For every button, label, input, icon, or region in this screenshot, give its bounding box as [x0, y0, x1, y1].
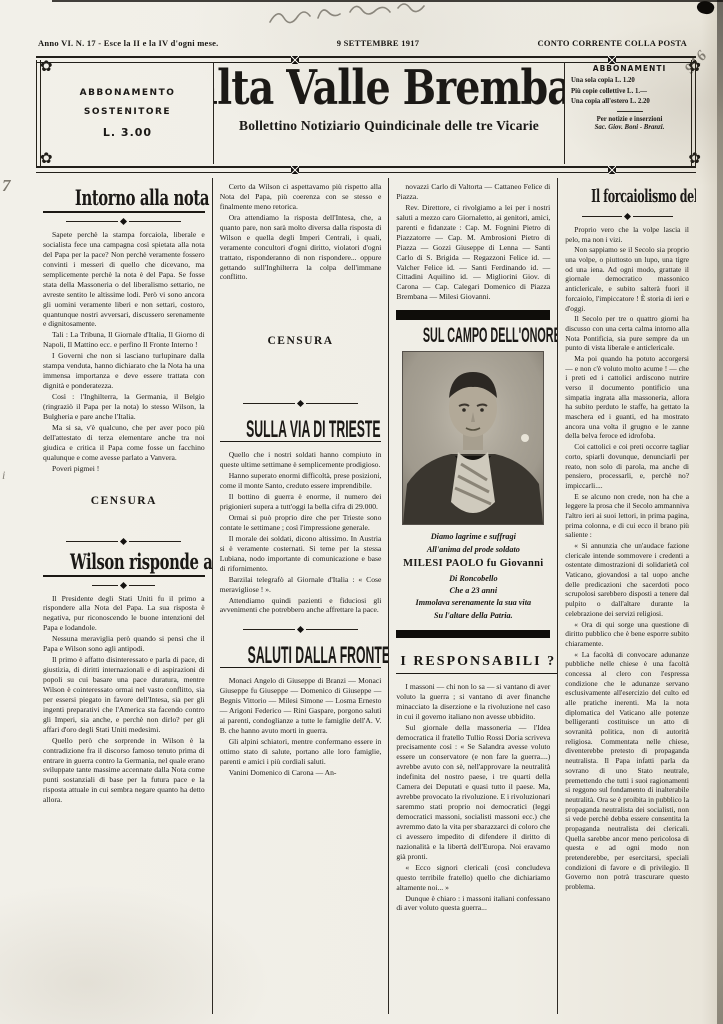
issue-number: Anno VI. N. 17 - Esce la II e la IV d'og… — [38, 38, 219, 48]
caption-line: All'anima del prode soldato — [396, 544, 550, 556]
paragraph: « Ora di qui sorge una questione di diri… — [565, 620, 689, 649]
censorship-notice: CENSURA — [43, 495, 205, 507]
handwritten-scribble-icon — [266, 2, 456, 30]
issue-info-bar: Anno VI. N. 17 - Esce la II e la IV d'og… — [38, 38, 687, 48]
diamond-ornament-icon — [624, 213, 631, 220]
headline-bar — [396, 630, 550, 638]
subscription-line: SOSTENITORE — [84, 107, 171, 117]
paragraph: « Ecco signori clericali (così concludev… — [396, 863, 550, 893]
handwritten-margin-tick: i — [2, 468, 5, 483]
paragraph: I Governi che non si lasciano turlupinar… — [43, 351, 205, 391]
paragraph: Ormai si può proprio dire che per Triest… — [220, 513, 382, 533]
paragraph: Quello che i nostri soldati hanno compiu… — [220, 450, 382, 470]
soldier-name: MILESI PAOLO fu Giovanni — [396, 556, 550, 573]
paragraph: Sapete perchè la stampa forcaiola, liber… — [43, 230, 205, 329]
decorative-rule-bottom — [36, 166, 696, 173]
article-headline: Il forcaiolismo del Secolo — [565, 186, 689, 208]
rate-line: Più copie collettive L. 1.— — [571, 87, 688, 98]
paragraph: Ma si sa, v'è qualcuno, che per aver poc… — [43, 423, 205, 463]
article-headline: SALUTI DALLA FRONTE — [220, 642, 382, 668]
caption-line: Di Roncobello — [396, 573, 550, 585]
paragraph: Il primo è affatto disinteressato e parl… — [43, 655, 205, 735]
headline-text: SUL CAMPO DELL'ONORE — [423, 324, 558, 348]
notice-line: Per notizie e inserzioni — [571, 115, 688, 125]
headline-bar — [396, 310, 550, 320]
paragraph: « La facoltà di convocare adunanze pubbl… — [565, 650, 689, 892]
section-divider — [43, 583, 205, 588]
paragraph: Il morale dei soldati, dicono altissimo.… — [220, 534, 382, 574]
column-2: Certo da Wilson ci aspettavamo più rispe… — [213, 178, 390, 1014]
paragraph: « Si annunzia che un'audace fazione cler… — [565, 541, 689, 619]
section-divider — [220, 627, 382, 632]
diamond-ornament-icon — [120, 537, 127, 544]
rule-cross-icon — [608, 166, 616, 174]
masthead-edge-line — [691, 60, 696, 166]
column-3: novazzi Carlo di Valtorta — Cattaneo Fel… — [389, 178, 558, 1014]
paragraph: Nessuna meraviglia però quando si pensi … — [43, 634, 205, 654]
paragraph: Gli alpini schiatori, mentre confermano … — [220, 737, 382, 767]
diamond-ornament-icon — [120, 218, 127, 225]
article-headline: SUL CAMPO DELL'ONORE — [396, 324, 550, 347]
paragraph: Coi cattolici e coi preti occorre taglia… — [565, 442, 689, 490]
rates-box: ABBONAMENTI Una sola copia L. 1.20 Più c… — [564, 62, 690, 164]
editor-name: Sac. Giov. Boni - Branzi. — [571, 124, 688, 131]
soldier-portrait-photo — [402, 351, 544, 525]
article-headline: SULLA VIA DI TRIESTE — [220, 416, 382, 442]
diamond-ornament-icon — [297, 626, 304, 633]
newspaper-title: L'alta Valle Brembana — [214, 64, 564, 114]
paragraph: Vanini Domenico di Carona — An- — [220, 768, 382, 778]
newspaper-subtitle: Bollettino Notiziario Quindicinale delle… — [239, 118, 539, 134]
masthead: ABBONAMENTO SOSTENITORE L. 3.00 L'alta V… — [42, 62, 690, 164]
headline-text: Intorno alla nota per la pace — [75, 186, 213, 211]
headline-text: SULLA VIA DI TRIESTE — [246, 416, 380, 444]
headline-text: SALUTI DALLA FRONTE — [247, 642, 389, 670]
masthead-edge-line — [36, 60, 41, 166]
newspaper-page: 916 7 i Anno VI. N. 17 - Esce la II e la… — [0, 0, 723, 1024]
article-headline: Intorno alla nota per la pace — [43, 186, 205, 213]
article-columns: Intorno alla nota per la pace Sapete per… — [36, 178, 696, 1014]
paragraph: Hanno superato enormi difficoltà, prese … — [220, 471, 382, 491]
column-1: Intorno alla nota per la pace Sapete per… — [36, 178, 213, 1014]
section-divider — [220, 401, 382, 406]
paragraph: Tali : La Tribuna, Il Giornale d'Italia,… — [43, 330, 205, 350]
section-divider — [43, 219, 205, 224]
divider — [617, 111, 643, 112]
photo-caption: Diamo lagrime e suffragi All'anima del p… — [396, 531, 550, 622]
ink-blob — [695, 0, 715, 16]
paragraph: Così : l'Inghilterra, la Germania, il Be… — [43, 392, 205, 422]
paragraph: Poveri pigmei ! — [43, 464, 205, 474]
headline-text: Wilson risponde al Papa — [70, 550, 213, 575]
section-divider — [43, 539, 205, 544]
paragraph: Certo da Wilson ci aspettavamo più rispe… — [220, 182, 382, 212]
paragraph: E se alcuno non crede, non ha che a legg… — [565, 492, 689, 540]
paragraph: Monaci Angelo di Giuseppe di Branzi — Mo… — [220, 676, 382, 736]
subscription-box: ABBONAMENTO SOSTENITORE L. 3.00 — [42, 62, 214, 164]
rate-line: Una copia all'estero L. 2.20 — [571, 97, 688, 108]
section-divider — [565, 214, 689, 219]
postal-note: CONTO CORRENTE COLLA POSTA — [537, 38, 687, 48]
masthead-center: L'alta Valle Brembana Bollettino Notizia… — [214, 62, 564, 164]
paragraph: Non sappiamo se il Secolo sia proprio un… — [565, 245, 689, 313]
rates-title: ABBONAMENTI — [571, 64, 688, 73]
paragraph: Sul giornale della massoneria — l'Idea d… — [396, 723, 550, 862]
issue-date: 9 SETTEMBRE 1917 — [337, 38, 419, 48]
diamond-ornament-icon — [297, 400, 304, 407]
handwritten-margin-number: 7 — [2, 176, 11, 196]
paragraph: Barzilai telegrafò al Giornale d'Italia … — [220, 575, 382, 595]
rule-cross-icon — [291, 166, 299, 174]
scan-edge-right — [717, 0, 723, 1024]
article-headline: I RESPONSABILI ? — [396, 654, 558, 674]
paragraph: novazzi Carlo di Valtorta — Cattaneo Fel… — [396, 182, 550, 202]
censorship-notice: CENSURA — [220, 335, 382, 347]
paragraph: Proprio vero che la volpe lascia il pelo… — [565, 225, 689, 244]
caption-line: Diamo lagrime e suffragi — [396, 531, 550, 543]
headline-text: Il forcaiolismo del Secolo — [591, 186, 696, 207]
article-headline: Wilson risponde al Papa — [43, 550, 205, 577]
paragraph: Rev. Direttore, ci rivolgiamo a lei per … — [396, 203, 550, 302]
paragraph: Il Secolo per tre o quattro giorni ha di… — [565, 314, 689, 353]
paragraph: Il bottino di guerra è enorme, il numero… — [220, 492, 382, 512]
caption-line: Che a 23 anni — [396, 585, 550, 597]
paragraph: Dunque è chiaro : i massoni italiani con… — [396, 894, 550, 914]
paragraph: Quello però che sorprende in Wilson è la… — [43, 736, 205, 806]
paragraph: Attendiamo quindi pazienti e fiduciosi g… — [220, 596, 382, 616]
caption-line: Su l'altare della Patria. — [396, 610, 550, 622]
column-4: Il forcaiolismo del Secolo Proprio vero … — [558, 178, 696, 1014]
paragraph: I massoni — chi non lo sa — si vantano d… — [396, 682, 550, 722]
caption-line: Immolava serenamente la sua vita — [396, 597, 550, 609]
subscription-line: ABBONAMENTO — [80, 88, 176, 98]
rate-line: Una sola copia L. 1.20 — [571, 76, 688, 87]
paragraph: Ma poi quando ha potuto accorgersi — e n… — [565, 354, 689, 441]
diamond-ornament-icon — [120, 581, 127, 588]
paragraph: Ora attendiamo la risposta dell'Intesa, … — [220, 213, 382, 283]
subscription-price: L. 3.00 — [103, 126, 152, 139]
paragraph: Il Presidente degli Stati Uniti fu il pr… — [43, 594, 205, 634]
